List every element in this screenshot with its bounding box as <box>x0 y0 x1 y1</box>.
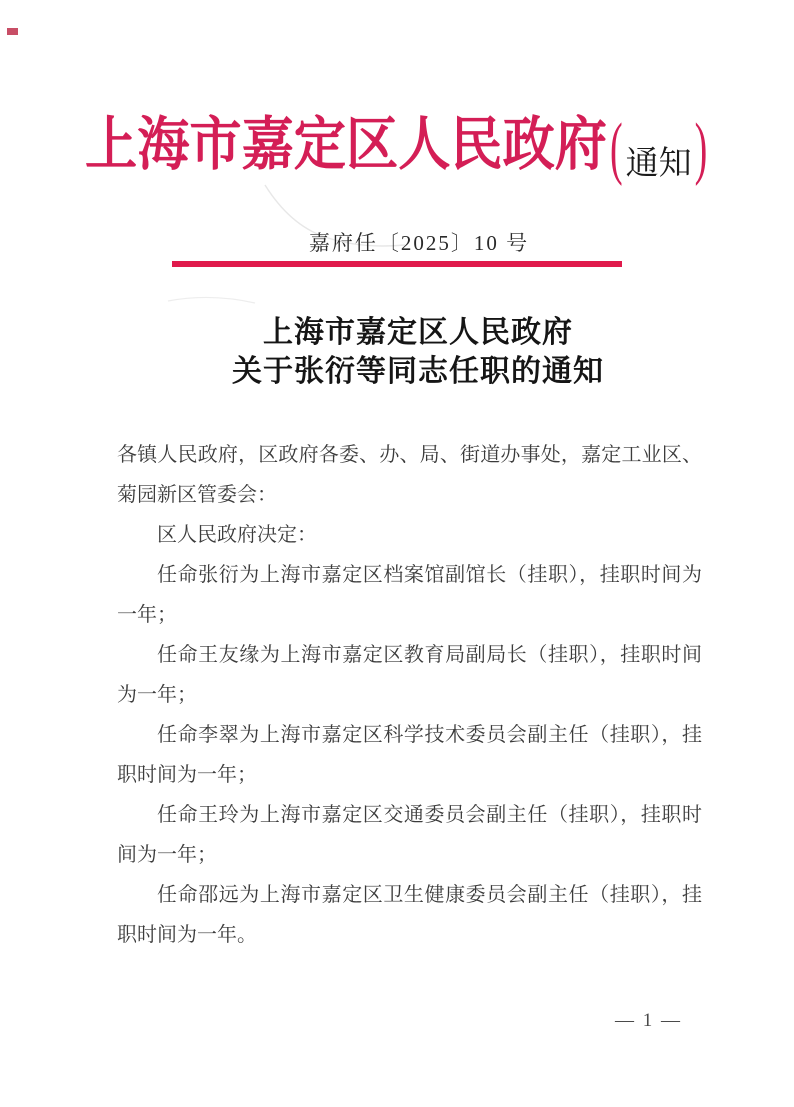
appointment-paragraph: 任命王友缘为上海市嘉定区教育局副局长（挂职），挂职时间为一年； <box>117 635 702 715</box>
letterhead-close-paren: ) <box>695 114 708 184</box>
letterhead-open-paren: ( <box>610 114 623 184</box>
appointment-paragraph: 任命王玲为上海市嘉定区交通委员会副主任（挂职），挂职时间为一年； <box>117 795 702 875</box>
page-number: — 1 — <box>615 1010 682 1032</box>
document-title: 上海市嘉定区人民政府 关于张衍等同志任职的通知 <box>21 313 794 391</box>
letterhead-agency-name: 上海市嘉定区人民政府 <box>85 116 607 174</box>
decision-paragraph: 区人民政府决定： <box>117 515 702 555</box>
document-body: 各镇人民政府，区政府各委、办、局、街道办事处，嘉定工业区、菊园新区管委会： 区人… <box>117 435 702 955</box>
letterhead-doc-type: 通知 <box>626 148 692 181</box>
document-title-line2: 关于张衍等同志任职的通知 <box>21 352 794 391</box>
document-title-line1: 上海市嘉定区人民政府 <box>21 313 794 352</box>
red-divider-rule <box>172 261 622 267</box>
document-number: 嘉府任〔2025〕10 号 <box>22 227 794 257</box>
appointment-paragraph: 任命张衍为上海市嘉定区档案馆副馆长（挂职），挂职时间为一年； <box>117 555 702 635</box>
scan-red-mark-artifact <box>7 28 18 35</box>
salutation-paragraph: 各镇人民政府，区政府各委、办、局、街道办事处，嘉定工业区、菊园新区管委会： <box>117 435 702 515</box>
document-page: 上海市嘉定区人民政府 ( 通知 ) 嘉府任〔2025〕10 号 上海市嘉定区人民… <box>0 0 794 1107</box>
appointment-paragraph: 任命李翠为上海市嘉定区科学技术委员会副主任（挂职），挂职时间为一年； <box>117 715 702 795</box>
letterhead-doc-type-group: ( 通知 ) <box>610 112 707 184</box>
appointment-paragraph: 任命邵远为上海市嘉定区卫生健康委员会副主任（挂职），挂职时间为一年。 <box>117 875 702 955</box>
